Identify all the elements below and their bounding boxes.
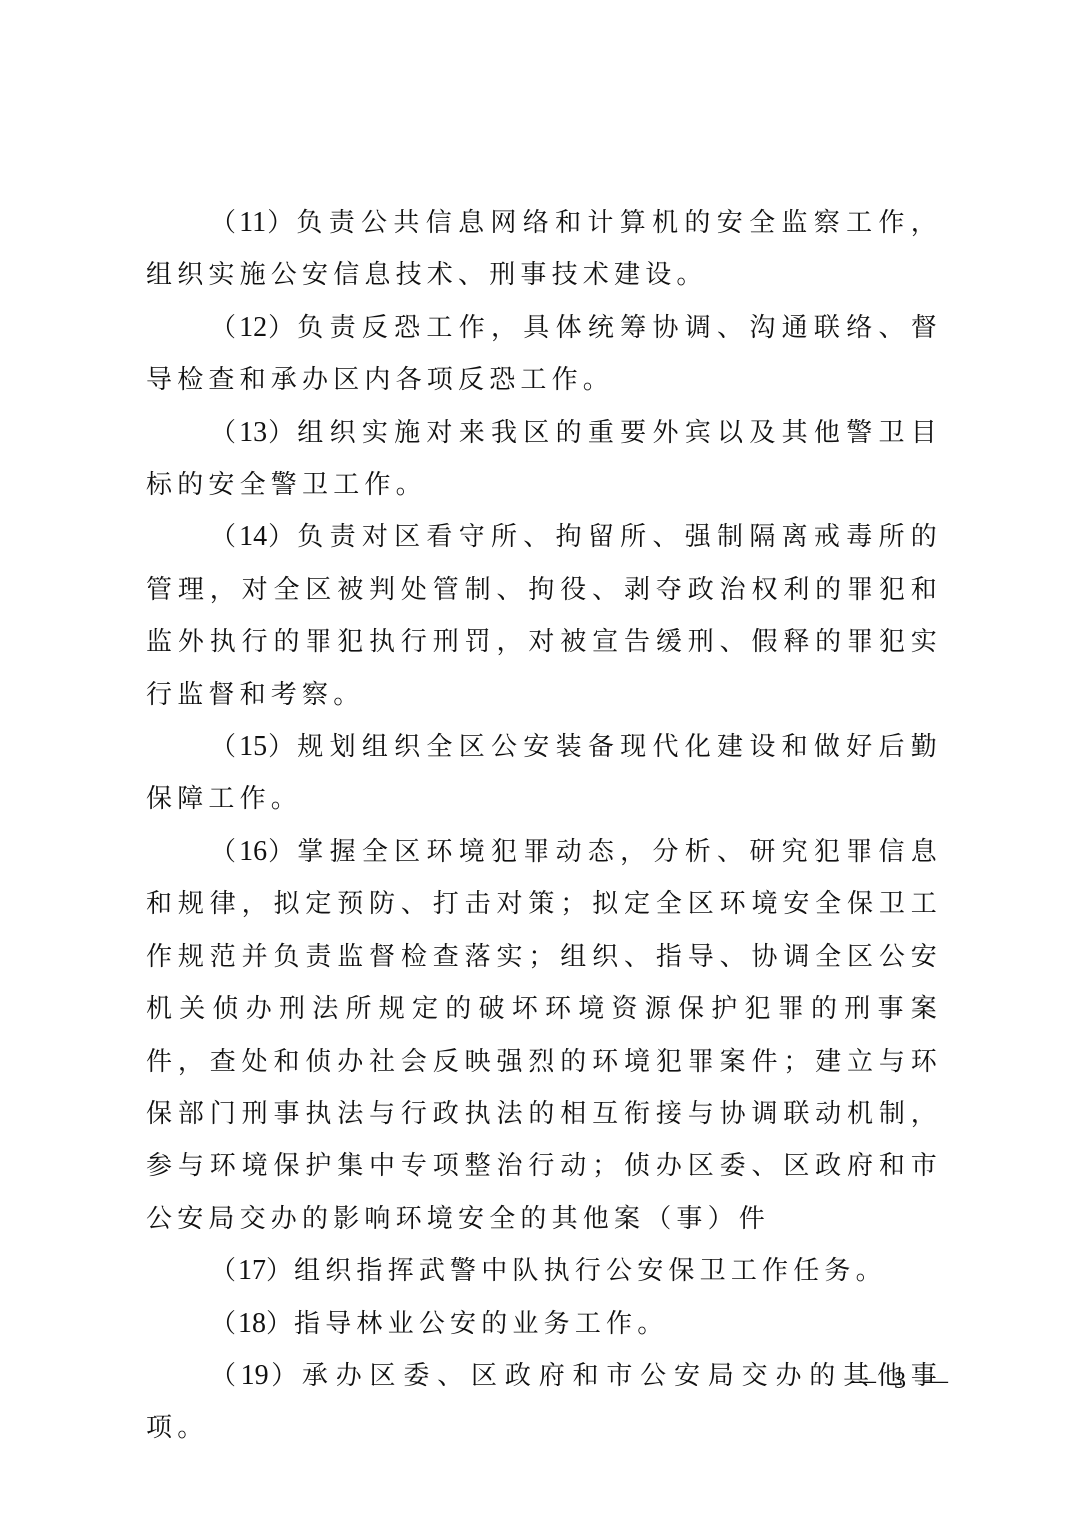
paragraph-item-16: （16）掌握全区环境犯罪动态，分析、研究犯罪信息和规律，拟定预防、打击对策；拟定…: [146, 826, 942, 1245]
paragraph-item-12: （12）负责反恐工作，具体统筹协调、沟通联络、督导检查和承办区内各项反恐工作。: [146, 302, 942, 407]
item-number: 19: [241, 1360, 269, 1391]
paragraph-text: 掌握全区环境犯罪动态，分析、研究犯罪信息和规律，拟定预防、打击对策；拟定全区环境…: [146, 837, 942, 1234]
paragraph-item-17: （17）组织指挥武警中队执行公安保卫工作任务。: [146, 1245, 942, 1297]
paragraph-text: 组织指挥武警中队执行公安保卫工作任务。: [294, 1256, 887, 1286]
paragraph-item-13: （13）组织实施对来我区的重要外宾以及其他警卫目标的安全警卫工作。: [146, 407, 942, 512]
document-body: （11）负责公共信息网络和计算机的安全监察工作，组织实施公安信息技术、刑事技术建…: [146, 197, 942, 1455]
document-page: （11）负责公共信息网络和计算机的安全监察工作，组织实施公安信息技术、刑事技术建…: [0, 0, 1074, 1520]
paragraph-item-14: （14）负责对区看守所、拘留所、强制隔离戒毒所的管理，对全区被判处管制、拘役、剥…: [146, 511, 942, 721]
paragraph-item-19: （19）承办区委、区政府和市公安局交办的其他事项。: [146, 1350, 942, 1455]
paragraph-text: 指导林业公安的业务工作。: [294, 1309, 668, 1339]
paragraph-item-11: （11）负责公共信息网络和计算机的安全监察工作，组织实施公安信息技术、刑事技术建…: [146, 197, 942, 302]
item-number: 18: [238, 1308, 266, 1339]
item-number: 15: [239, 731, 267, 762]
paragraph-item-15: （15）规划组织全区公安装备现代化建设和做好后勤保障工作。: [146, 721, 942, 826]
paragraph-item-18: （18）指导林业公安的业务工作。: [146, 1298, 942, 1350]
item-number: 12: [239, 312, 267, 343]
item-number: 13: [239, 417, 267, 448]
page-number: — 3 —: [852, 1368, 954, 1395]
item-number: 14: [239, 521, 267, 552]
item-number: 16: [239, 836, 267, 867]
item-number: 11: [239, 207, 266, 238]
item-number: 17: [238, 1255, 266, 1286]
